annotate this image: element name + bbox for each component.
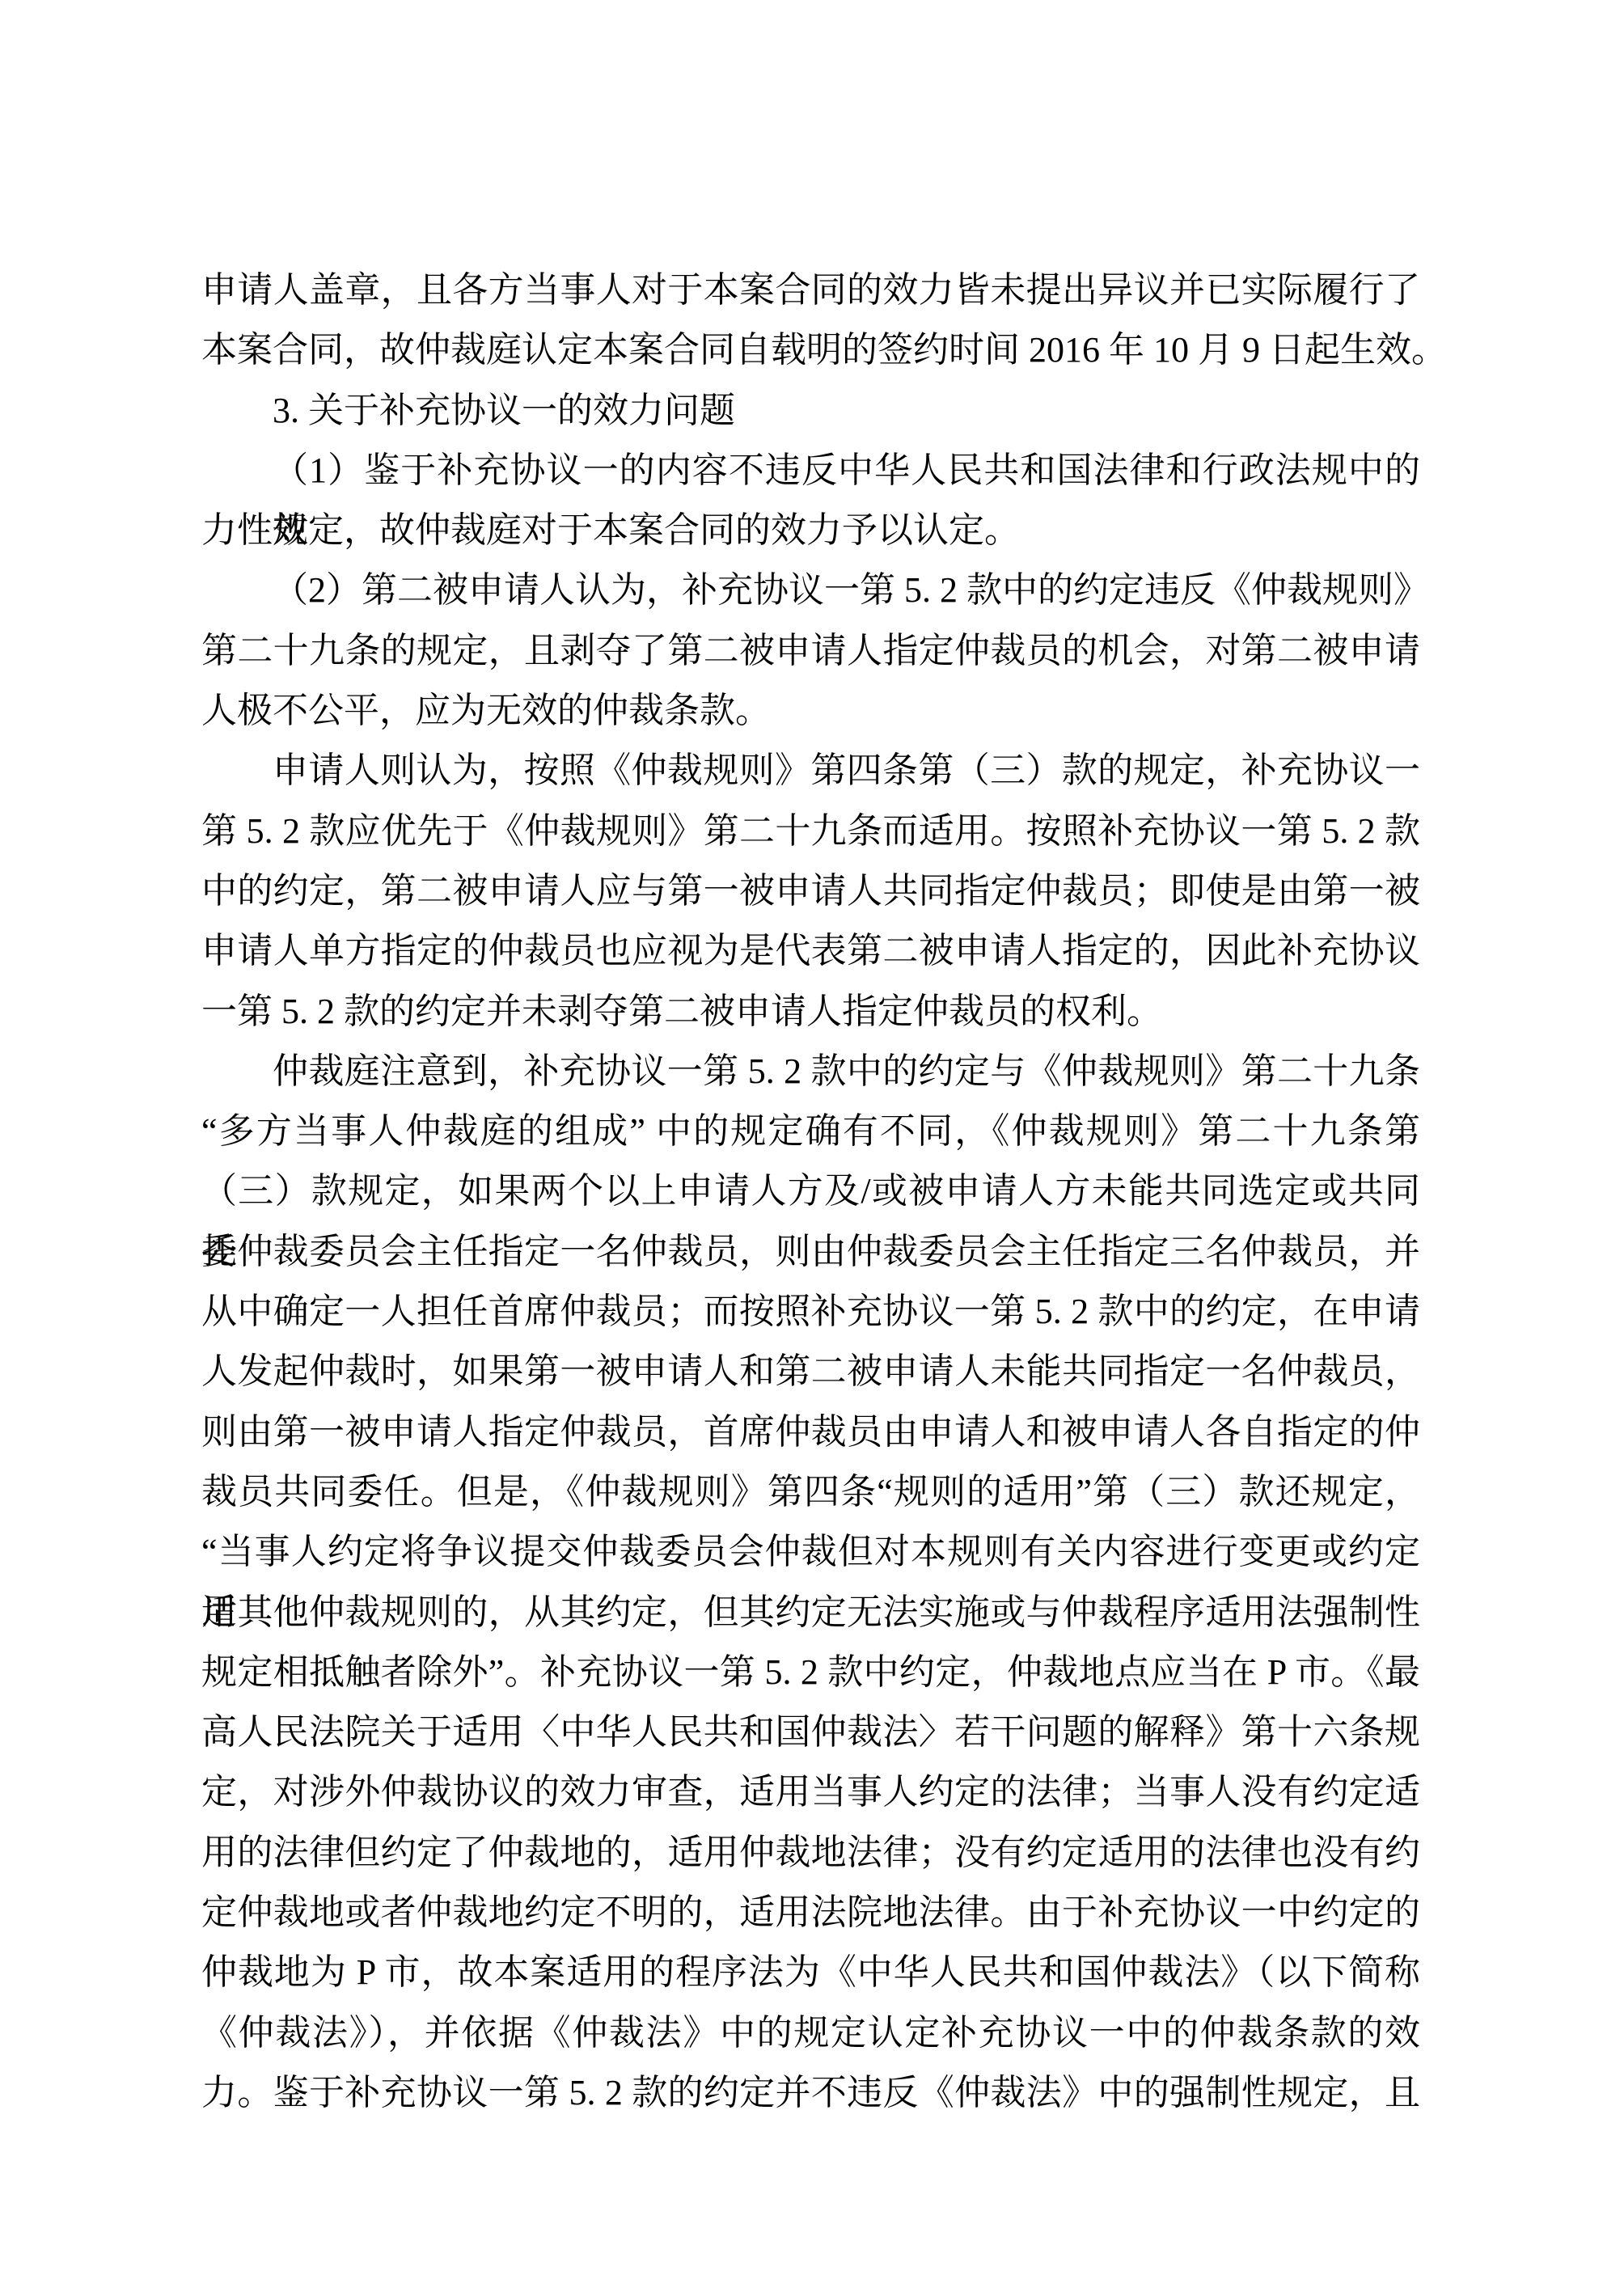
text-line: 申请人则认为，按照《仲裁规则》第四条第（三）款的规定，补充协议一: [201, 741, 1420, 801]
text-line: 3. 关于补充协议一的效力问题: [201, 381, 1420, 441]
text-line: 规定相抵触者除外”。补充协议一第 5. 2 款中约定，仲裁地点应当在 P 市。《…: [201, 1643, 1420, 1702]
text-line: 一第 5. 2 款的约定并未剥夺第二被申请人指定仲裁员的权利。: [201, 982, 1420, 1042]
text-line: 从中确定一人担任首席仲裁员；而按照补充协议一第 5. 2 款中的约定，在申请: [201, 1282, 1420, 1342]
text-line: 人极不公平，应为无效的仲裁条款。: [201, 681, 1420, 741]
text-line: 申请人单方指定的仲裁员也应视为是代表第二被申请人指定的，因此补充协议: [201, 921, 1420, 981]
text-line: 力。鉴于补充协议一第 5. 2 款的约定并不违反《仲裁法》中的强制性规定，且: [201, 2063, 1420, 2123]
text-line: （2）第二被申请人认为，补充协议一第 5. 2 款中的约定违反《仲裁规则》: [201, 560, 1420, 620]
text-line: 人发起仲裁时，如果第一被申请人和第二被申请人未能共同指定一名仲裁员，: [201, 1342, 1420, 1402]
text-line: 定，对涉外仲裁协议的效力审查，适用当事人约定的法律；当事人没有约定适: [201, 1762, 1420, 1822]
text-line: 托仲裁委员会主任指定一名仲裁员，则由仲裁委员会主任指定三名仲裁员，并: [201, 1222, 1420, 1282]
text-line: 申请人盖章，且各方当事人对于本案合同的效力皆未提出异议并已实际履行了: [201, 260, 1420, 320]
text-line: 用的法律但约定了仲裁地的，适用仲裁地法律；没有约定适用的法律也没有约: [201, 1823, 1420, 1883]
text-line: 则由第一被申请人指定仲裁员，首席仲裁员由申请人和被申请人各自指定的仲: [201, 1402, 1420, 1462]
document-page: 申请人盖章，且各方当事人对于本案合同的效力皆未提出异议并已实际履行了本案合同，故…: [0, 0, 1624, 2292]
text-line: “多方当事人仲裁庭的组成” 中的规定确有不同，《仲裁规则》第二十九条第: [201, 1102, 1420, 1161]
text-line: （三）款规定，如果两个以上申请人方及/或被申请人方未能共同选定或共同委: [201, 1161, 1420, 1221]
text-line: 力性规定，故仲裁庭对于本案合同的效力予以认定。: [201, 501, 1420, 560]
text-line: 用其他仲裁规则的，从其约定，但其约定无法实施或与仲裁程序适用法强制性: [201, 1583, 1420, 1643]
text-line: 仲裁地为 P 市，故本案适用的程序法为《中华人民共和国仲裁法》（以下简称: [201, 1943, 1420, 2002]
text-line: 《仲裁法》），并依据《仲裁法》中的规定认定补充协议一中的仲裁条款的效: [201, 2003, 1420, 2063]
text-line: 仲裁庭注意到，补充协议一第 5. 2 款中的约定与《仲裁规则》第二十九条: [201, 1042, 1420, 1102]
text-line: 第 5. 2 款应优先于《仲裁规则》第二十九条而适用。按照补充协议一第 5. 2…: [201, 801, 1420, 861]
text-line: 定仲裁地或者仲裁地约定不明的，适用法院地法律。由于补充协议一中约定的: [201, 1883, 1420, 1943]
text-block: 申请人盖章，且各方当事人对于本案合同的效力皆未提出异议并已实际履行了本案合同，故…: [201, 260, 1420, 2123]
text-line: 本案合同，故仲裁庭认定本案合同自载明的签约时间 2016 年 10 月 9 日起…: [201, 320, 1420, 380]
text-line: 裁员共同委任。但是，《仲裁规则》第四条“规则的适用”第（三）款还规定，: [201, 1462, 1420, 1522]
text-line: “当事人约定将争议提交仲裁委员会仲裁但对本规则有关内容进行变更或约定适: [201, 1522, 1420, 1582]
text-line: 第二十九条的规定，且剥夺了第二被申请人指定仲裁员的机会，对第二被申请: [201, 621, 1420, 681]
text-line: 中的约定，第二被申请人应与第一被申请人共同指定仲裁员；即使是由第一被: [201, 861, 1420, 921]
text-line: 高人民法院关于适用〈中华人民共和国仲裁法〉若干问题的解释》第十六条规: [201, 1702, 1420, 1762]
text-line: （1）鉴于补充协议一的内容不违反中华人民共和国法律和行政法规中的效: [201, 441, 1420, 501]
